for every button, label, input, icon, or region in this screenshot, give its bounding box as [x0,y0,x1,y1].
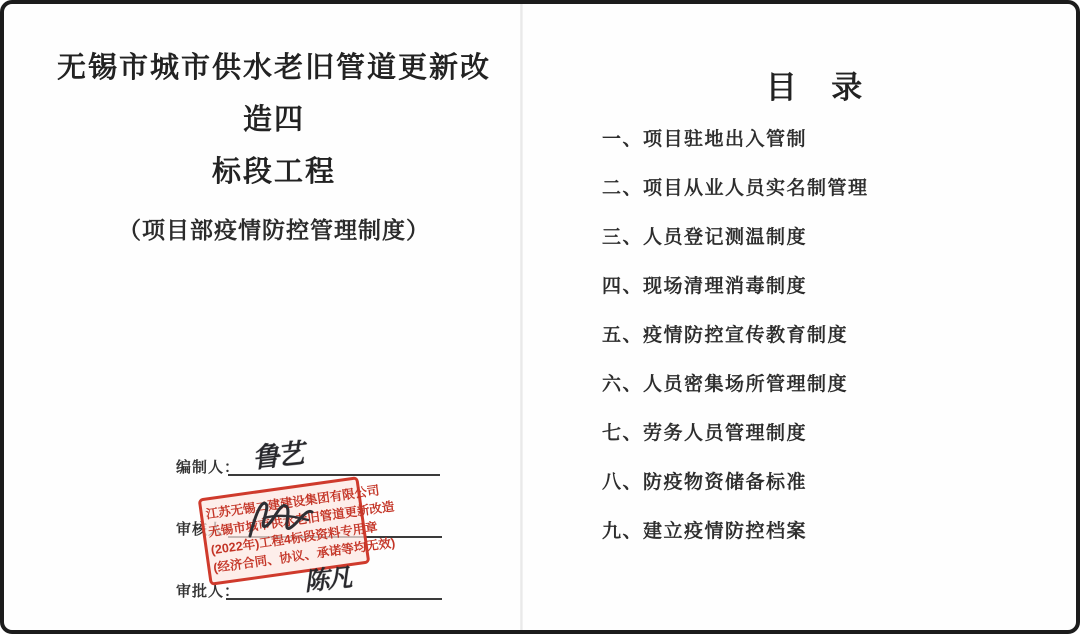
toc-list: 一、项目驻地出入管制 二、项目从业人员实名制管理 三、人员登记测温制度 四、现场… [602,124,1042,565]
toc-item: 九、建立疫情防控档案 [602,516,1042,565]
toc-item: 六、人员密集场所管理制度 [602,369,1042,418]
document-title: 无锡市城市供水老旧管道更新改造四 标段工程 [44,42,504,198]
toc-item: 七、劳务人员管理制度 [602,418,1042,467]
document-title-line2: 标段工程 [44,146,504,198]
reviewer-signature-scribble [236,492,328,550]
approver-signature: 陈凡 [302,558,352,599]
toc-item: 二、项目从业人员实名制管理 [602,173,1042,222]
document-subtitle: （项目部疫情防控管理制度） [44,212,504,245]
document-title-line1: 无锡市城市供水老旧管道更新改造四 [44,42,504,146]
toc-item: 一、项目驻地出入管制 [602,124,1042,173]
toc-item: 五、疫情防控宣传教育制度 [602,320,1042,369]
toc-title: 目 录 [564,62,1064,107]
toc-item: 三、人员登记测温制度 [602,222,1042,271]
preparer-signature: 鲁艺 [250,431,304,475]
scanned-document: 无锡市城市供水老旧管道更新改造四 标段工程 （项目部疫情防控管理制度） 编制人：… [0,0,1080,634]
toc-item: 四、现场清理消毒制度 [602,271,1042,320]
toc-item: 八、防疫物资储备标准 [602,467,1042,516]
page-divider [520,4,523,630]
